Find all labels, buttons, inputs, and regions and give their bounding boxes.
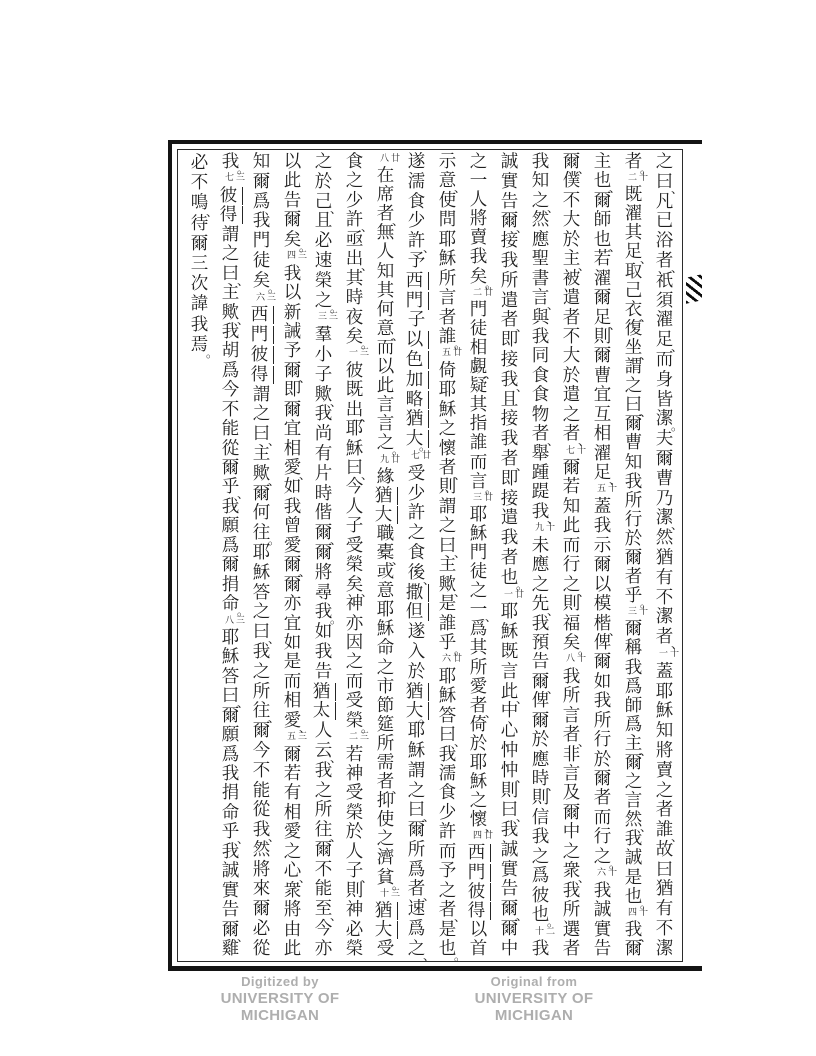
- character: 食: [525, 367, 556, 385]
- punctuation-mark: 、: [547, 683, 559, 695]
- punctuation-mark: 、: [516, 321, 528, 333]
- punctuation-mark: 。: [206, 347, 218, 359]
- punctuation-mark: 、: [547, 605, 559, 617]
- punctuation-mark: 、: [671, 519, 683, 531]
- character: 耶: [463, 506, 494, 524]
- character: 曰: [649, 861, 680, 879]
- character: 爾: [587, 289, 618, 307]
- character: 之: [649, 782, 680, 800]
- punctuation-mark: 。: [671, 420, 683, 432]
- character: 曹: [618, 434, 649, 452]
- text-column: 之一人將賣我矣。廿二門徒相覷、疑其指誰而言。廿三耶穌門徒之一、爲其所愛者、倚於耶…: [463, 153, 494, 958]
- character: 偕: [308, 504, 339, 522]
- character: 次: [184, 274, 215, 294]
- punctuation-mark: 、: [516, 910, 528, 922]
- character: 主、: [556, 250, 587, 268]
- character: 之。: [308, 292, 339, 310]
- character: 者、: [401, 880, 432, 898]
- character: 願: [215, 517, 246, 535]
- character: 予: [277, 342, 308, 360]
- character: 倚: [432, 362, 463, 380]
- punctuation-mark: 、: [361, 260, 373, 272]
- character: 乎。: [618, 587, 649, 605]
- credit-original-from: Original from UNIVERSITY OF MICHIGAN: [434, 974, 634, 1024]
- character: 以: [370, 358, 401, 376]
- character: 遣: [556, 386, 587, 404]
- punctuation-mark: 。: [392, 879, 404, 891]
- character: 之: [277, 843, 308, 861]
- character: 歟、: [215, 304, 246, 322]
- character-proper-noun: 門: [246, 326, 274, 344]
- verse-number: 廿八: [377, 153, 399, 166]
- character-proper-noun: 大: [370, 921, 398, 939]
- punctuation-mark: 、: [640, 931, 652, 943]
- character: 爾、: [277, 556, 308, 574]
- punctuation-mark: 、: [578, 872, 590, 884]
- character: 人: [370, 243, 401, 261]
- character: 曰、: [246, 623, 277, 641]
- character: 而: [556, 537, 587, 555]
- punctuation-mark: 。: [485, 483, 497, 495]
- character: 足、: [618, 243, 649, 261]
- punctuation-mark: 、: [671, 341, 683, 353]
- character: 之: [401, 782, 432, 800]
- character: 者、: [494, 450, 525, 468]
- character: 徒: [246, 252, 277, 270]
- character: 食: [401, 544, 432, 562]
- character-proper-noun: 彼: [246, 346, 274, 364]
- punctuation-mark: 。: [578, 644, 590, 656]
- punctuation-mark: 、: [206, 206, 218, 218]
- character: 言: [556, 707, 587, 725]
- punctuation-mark: 。: [330, 302, 342, 314]
- character: 也。: [525, 906, 556, 924]
- character: 所: [401, 841, 432, 859]
- punctuation-mark: 、: [640, 745, 652, 757]
- character: 少: [339, 192, 370, 210]
- punctuation-mark: 、: [392, 554, 404, 566]
- character: 亦: [277, 595, 308, 613]
- punctuation-mark: 、: [578, 163, 590, 175]
- character: 矣。: [246, 272, 277, 290]
- character: 曰、: [401, 801, 432, 819]
- character: 我、: [618, 921, 649, 939]
- punctuation-mark: 、: [299, 469, 311, 481]
- character: 爲: [401, 861, 432, 879]
- character: 主、: [618, 735, 649, 753]
- punctuation-mark: 、: [392, 330, 404, 342]
- punctuation-mark: 、: [578, 260, 590, 272]
- character: 今: [246, 742, 277, 760]
- punctuation-mark: 、: [454, 469, 466, 481]
- character: 速: [308, 252, 339, 270]
- character: 許: [401, 504, 432, 522]
- character: 言: [556, 765, 587, 783]
- character: 誰、: [649, 821, 680, 839]
- character: 及: [556, 784, 587, 802]
- character: 濟: [370, 849, 401, 867]
- character: 實: [587, 921, 618, 939]
- character: 也、: [587, 172, 618, 190]
- character: 言: [370, 396, 401, 414]
- character: 之: [308, 782, 339, 800]
- character: 信: [525, 809, 556, 827]
- character: 遣: [494, 509, 525, 527]
- text-column: 知爾爲我門徒矣。三六西門彼得謂之曰、主歟、爾何往。耶穌答之曰、我之所往、爾今不能…: [246, 153, 277, 958]
- character: 我: [246, 212, 277, 230]
- punctuation-mark: 、: [609, 319, 621, 331]
- character: 者: [556, 940, 587, 958]
- character: 尚: [308, 425, 339, 443]
- character: 告: [277, 192, 308, 210]
- character: 捐: [215, 784, 246, 802]
- character: 耶: [494, 603, 525, 621]
- character: 之: [463, 582, 494, 600]
- character: 尋: [308, 584, 339, 602]
- character: 乎、: [215, 823, 246, 841]
- character: 穌: [494, 623, 525, 641]
- character: 新: [277, 304, 308, 322]
- character: 我: [587, 517, 618, 535]
- punctuation-mark: 、: [640, 406, 652, 418]
- character: 言。: [463, 473, 494, 491]
- character: 人: [339, 498, 370, 516]
- character: 所: [587, 712, 618, 730]
- character: 身: [649, 371, 680, 389]
- character: 知: [649, 722, 680, 740]
- character: 子: [339, 517, 370, 535]
- character: 選: [556, 921, 587, 939]
- character: 筵: [370, 716, 401, 734]
- character: 告: [494, 193, 525, 211]
- punctuation-mark: 。: [268, 534, 280, 546]
- character: 爲: [618, 716, 649, 734]
- character: 蓋: [649, 663, 680, 681]
- character: 爲: [215, 746, 246, 764]
- character: 於: [525, 731, 556, 749]
- character: 爾: [587, 347, 618, 365]
- character: 之: [246, 405, 277, 423]
- punctuation-mark: 。: [299, 241, 311, 253]
- character-proper-noun: 太: [308, 702, 336, 720]
- character: 者。: [618, 153, 649, 171]
- character: 福: [556, 615, 587, 633]
- character: 之: [525, 848, 556, 866]
- character-proper-noun: 但: [401, 603, 429, 621]
- character: 所: [432, 270, 463, 288]
- character: 之: [401, 524, 432, 542]
- punctuation-mark: 。: [419, 712, 431, 724]
- character: 預: [525, 634, 556, 652]
- character: 曹: [587, 367, 618, 385]
- character: 之: [246, 603, 277, 621]
- punctuation-mark: 。: [237, 605, 249, 617]
- punctuation-mark: 、: [330, 752, 342, 764]
- character: 耶: [463, 754, 494, 772]
- character: 皆: [649, 391, 680, 409]
- character: 中: [556, 823, 587, 841]
- character: 能: [215, 420, 246, 438]
- character: 人: [308, 722, 339, 740]
- character: 出、: [339, 401, 370, 419]
- character: 耶: [432, 231, 463, 249]
- character: 矣。: [277, 231, 308, 249]
- character: 之: [370, 659, 401, 677]
- character: 者: [432, 309, 463, 327]
- character: 相: [277, 440, 308, 458]
- punctuation-mark: 、: [640, 311, 652, 323]
- character: 願: [215, 726, 246, 744]
- character: 我: [463, 248, 494, 266]
- punctuation-mark: 、: [268, 831, 280, 843]
- character: 羣: [308, 326, 339, 344]
- character: 我: [525, 328, 556, 346]
- text-column: 誠實告爾、接我所遣者、即接我、且接我者、即接遣我者也。廿一耶穌既言此、中心忡忡、…: [494, 153, 525, 958]
- character: 遣: [494, 292, 525, 310]
- character-proper-noun: 得: [246, 366, 274, 384]
- character: 穌: [649, 702, 680, 720]
- character: 爾: [215, 459, 246, 477]
- character: 節: [370, 697, 401, 715]
- character: 告: [525, 653, 556, 671]
- character: 市: [370, 678, 401, 696]
- character: 者、: [556, 425, 587, 443]
- character: 人: [463, 191, 494, 209]
- character: 濯: [649, 311, 680, 329]
- character: 耶: [432, 381, 463, 399]
- character: 之: [618, 773, 649, 791]
- character: 耶: [215, 629, 246, 647]
- character: 入: [401, 643, 432, 661]
- punctuation-mark: 。: [419, 440, 431, 452]
- character: 賣: [463, 229, 494, 247]
- character: 言: [370, 415, 401, 433]
- character: 我: [277, 265, 308, 283]
- character: 於: [339, 823, 370, 841]
- character: 不: [215, 401, 246, 419]
- character: 之: [556, 843, 587, 861]
- punctuation-mark: 、: [237, 833, 249, 845]
- character: 足、: [587, 309, 618, 327]
- character: 爾、: [556, 153, 587, 171]
- character: 以: [463, 921, 494, 939]
- character: 所: [618, 492, 649, 510]
- character: 爾: [246, 173, 277, 191]
- character: 所: [494, 272, 525, 290]
- character-proper-noun: 大。: [401, 702, 429, 720]
- character: 知: [556, 498, 587, 516]
- character: 宜: [587, 386, 618, 404]
- punctuation-mark: 、: [454, 547, 466, 559]
- character: 我、: [246, 821, 277, 839]
- text-column: 示意、使問耶穌所言者誰。廿五倚耶穌之懷者、則謂之曰、主歟、是誰乎。廿六耶穌答曰、…: [432, 153, 463, 958]
- character: 時: [308, 485, 339, 503]
- character: 實: [215, 882, 246, 900]
- character: 意: [370, 582, 401, 600]
- punctuation-mark: 、: [516, 772, 528, 784]
- character: 知: [618, 454, 649, 472]
- character: 中: [494, 940, 525, 958]
- character: 我、: [494, 371, 525, 389]
- character: 潔。: [649, 410, 680, 428]
- character: 覷、: [463, 358, 494, 376]
- character: 應: [525, 231, 556, 249]
- character: 所: [556, 901, 587, 919]
- character: 穌: [463, 525, 494, 543]
- character: 在: [370, 167, 401, 185]
- punctuation-mark: 。: [516, 579, 528, 591]
- character: 謂: [215, 226, 246, 244]
- character: 示: [587, 537, 618, 555]
- punctuation-mark: 、: [423, 574, 435, 586]
- punctuation-mark: 。: [609, 858, 621, 870]
- character: 謂: [432, 498, 463, 516]
- character: 愛、: [277, 712, 308, 730]
- character: 指: [463, 415, 494, 433]
- character: 穌: [339, 440, 370, 458]
- text-columns: 之曰、凡已浴者、祇須濯足、而身皆潔。夫爾曹乃潔、然猶有不潔者、十一蓋耶穌知將賣之…: [184, 153, 680, 958]
- character: 其: [370, 282, 401, 300]
- character: 爾: [184, 234, 215, 254]
- character: 未: [525, 537, 556, 555]
- character: 曰、: [432, 726, 463, 744]
- character-proper-noun: 得: [463, 902, 491, 920]
- character: 時: [339, 289, 370, 307]
- character: 己: [618, 282, 649, 300]
- character: 耶: [370, 601, 401, 619]
- character: 鳴、: [184, 193, 215, 213]
- character: 接: [494, 351, 525, 369]
- character: 者、: [370, 773, 401, 791]
- character: 之: [432, 517, 463, 535]
- character: 也。: [494, 569, 525, 587]
- character: 之: [525, 576, 556, 594]
- punctuation-mark: 、: [547, 299, 559, 311]
- character: 此: [370, 377, 401, 395]
- character: 食: [401, 193, 432, 211]
- character: 不: [649, 589, 680, 607]
- character: 濯: [587, 445, 618, 463]
- character: 曰、: [246, 425, 277, 443]
- character: 緣: [370, 468, 401, 486]
- character: 席: [370, 186, 401, 204]
- character: 彼: [339, 362, 370, 380]
- character: 爲: [215, 537, 246, 555]
- character: 受: [370, 940, 401, 958]
- character: 門: [463, 301, 494, 319]
- character: 許、: [401, 232, 432, 250]
- character: 命。: [215, 595, 246, 613]
- character: 神: [339, 765, 370, 783]
- character-proper-noun: 猶: [401, 683, 429, 701]
- text-column: 遂濡食少許、予西門子以色加略猶大。廿七受少許之食後、撒但遂入於猶大。耶穌謂之曰、…: [401, 153, 432, 958]
- character: 足、: [649, 331, 680, 349]
- character: 由: [277, 921, 308, 939]
- punctuation-mark: 、: [330, 203, 342, 215]
- character: 也。: [432, 940, 463, 958]
- character: 我: [587, 882, 618, 900]
- character: 爾: [525, 712, 556, 730]
- character: 衣、: [618, 301, 649, 319]
- character: 從: [246, 940, 277, 958]
- character: 爾: [556, 459, 587, 477]
- punctuation-mark: 、: [330, 396, 342, 408]
- character: 衆、: [556, 862, 587, 880]
- character: 將: [308, 564, 339, 582]
- character: 爲: [215, 362, 246, 380]
- character: 榮: [308, 272, 339, 290]
- character: 相: [277, 804, 308, 822]
- character-proper-noun: 色: [401, 351, 429, 369]
- punctuation-mark: 、: [516, 811, 528, 823]
- character: 今: [215, 381, 246, 399]
- character: 我: [618, 659, 649, 677]
- character: 門: [463, 544, 494, 562]
- character: 一、: [463, 601, 494, 619]
- character: 三: [184, 254, 215, 274]
- character: 誠: [587, 901, 618, 919]
- punctuation-mark: 。: [640, 597, 652, 609]
- character: 不: [556, 192, 587, 210]
- punctuation-mark: 、: [547, 780, 559, 792]
- punctuation-mark: 、: [361, 586, 373, 598]
- character: 從: [215, 440, 246, 458]
- character: 我: [525, 940, 556, 958]
- character: 者: [494, 549, 525, 567]
- character: 之: [339, 653, 370, 671]
- character: 而: [463, 454, 494, 472]
- character: 往、: [308, 821, 339, 839]
- punctuation-mark: 、: [516, 460, 528, 472]
- character: 實: [494, 173, 525, 191]
- character: 言: [432, 289, 463, 307]
- character: 有: [308, 445, 339, 463]
- punctuation-mark: 、: [578, 586, 590, 598]
- character: 答: [432, 707, 463, 725]
- character: 者、: [525, 425, 556, 443]
- character: 亦: [339, 615, 370, 633]
- character: 何: [246, 504, 277, 522]
- character: 將: [277, 901, 308, 919]
- punctuation-mark: 、: [640, 349, 652, 361]
- character: 者、: [432, 901, 463, 919]
- punctuation-mark: 、: [671, 183, 683, 195]
- character: 以: [277, 153, 308, 171]
- character: 者: [587, 789, 618, 807]
- character: 歟、: [308, 386, 339, 404]
- character: 懷、: [463, 811, 494, 829]
- character-proper-noun: 門: [463, 864, 491, 882]
- character: 而: [587, 809, 618, 827]
- character: 之: [215, 245, 246, 263]
- character-proper-noun: 得: [215, 206, 243, 224]
- character: 爲: [401, 920, 432, 938]
- character: 命: [370, 639, 401, 657]
- credit-line: UNIVERSITY OF MICHIGAN: [434, 990, 634, 1024]
- punctuation-mark: 、: [268, 435, 280, 447]
- character: 濡: [432, 765, 463, 783]
- punctuation-mark: 、: [640, 253, 652, 265]
- character: 猶: [649, 880, 680, 898]
- punctuation-mark: 、: [361, 872, 373, 884]
- character: 曰、: [215, 265, 246, 283]
- character: 曰、: [432, 537, 463, 555]
- character: 先、: [525, 595, 556, 613]
- character: 者、: [432, 459, 463, 477]
- credit-line: UNIVERSITY OF MICHIGAN: [180, 990, 380, 1024]
- character: 遂: [401, 153, 432, 171]
- character: 誰。: [432, 328, 463, 346]
